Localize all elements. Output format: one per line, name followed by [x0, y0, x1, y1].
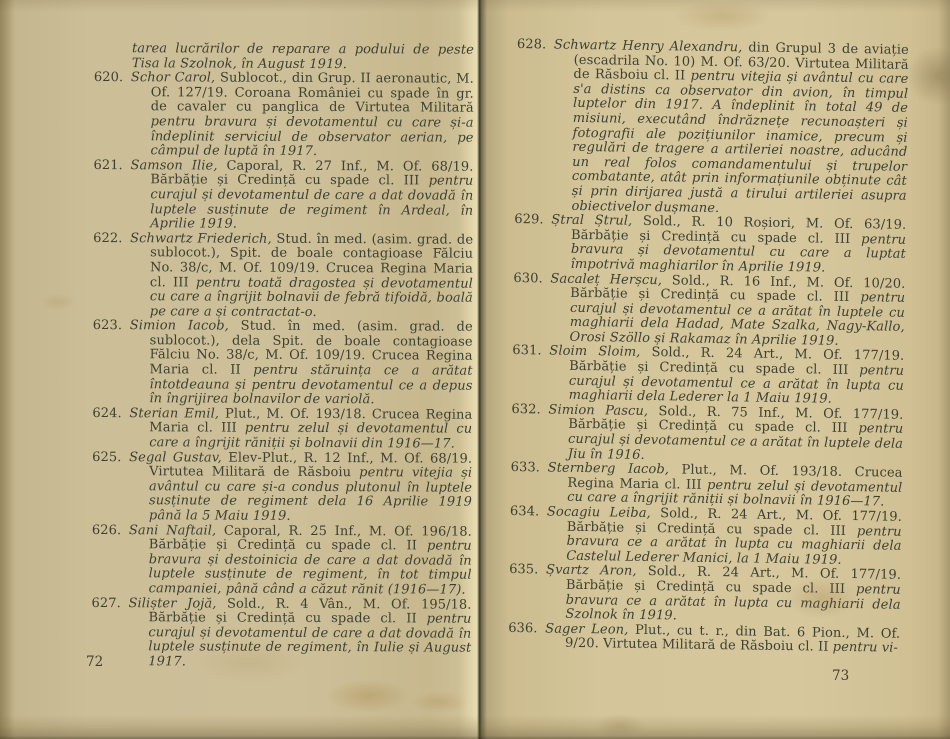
- entry-number: 622.: [93, 232, 130, 247]
- text-segment: Sterian Emil,: [129, 406, 219, 421]
- entry-633: 633.Sternberg Iacob, Plut., M. Of. 193/1…: [510, 461, 903, 511]
- entry-624: 624.Sterian Emil, Plut., M. Of. 193/18. …: [92, 407, 472, 452]
- text-segment: Schwartz Friederich,: [130, 231, 272, 247]
- entry-number: 634.: [510, 505, 547, 520]
- text-segment: pentru vitejia și avântul cu care s'a di…: [571, 69, 908, 216]
- entry-627: 627.Silișter Jojă, Sold., R. 4 Vân., M. …: [91, 597, 471, 672]
- entry-number: 621.: [93, 159, 130, 174]
- text-segment: pentru toată dragostea și devotamentul c…: [150, 275, 473, 320]
- entry-623: 623.Simion Iacob, Stud. în med. (asim. g…: [92, 319, 472, 408]
- text-segment: tarea lucrărilor de reparare a podului d…: [132, 41, 474, 72]
- text-segment: Samson Ilie,: [130, 158, 217, 173]
- text-segment: Simion Iacob,: [130, 318, 229, 333]
- page-edge-left: [0, 0, 14, 739]
- text-segment: Sloim Sloim,: [549, 344, 640, 360]
- entry-620: 620.Schor Carol, Sublocot., din Grup. II…: [93, 71, 473, 160]
- text-segment: Schor Carol,: [131, 70, 216, 85]
- entry-629: 629.Ștral Ștrul, Sold., R. 10 Roșiori, M…: [514, 213, 907, 277]
- entry-635: 635.Șvartz Aron, Sold., R. 24 Art., M. O…: [508, 563, 901, 627]
- entry-number: 625.: [92, 451, 129, 466]
- page-edge-bottom: [0, 715, 950, 739]
- entry-number: 636.: [508, 622, 545, 637]
- page-edge-right: [938, 0, 950, 739]
- entries-right: 628.Schwartz Henry Alexandru, din Grupul…: [508, 38, 909, 657]
- text-segment: Socagiu Leiba,: [547, 504, 651, 521]
- page-number-right: 73: [832, 668, 849, 684]
- entry-number: 627.: [92, 597, 129, 612]
- entry-625: 625.Segal Gustav, Elev-Plut., R. 12 Inf.…: [92, 451, 472, 526]
- entry-632: 632.Simion Pascu, Sold., R. 75 Inf., M. …: [511, 403, 904, 467]
- entries-left: 620.Schor Carol, Sublocot., din Grup. II…: [91, 71, 474, 671]
- entry-number: 633.: [511, 461, 548, 476]
- text-segment: pentru bravura și devotamentul cu care ș…: [150, 114, 473, 159]
- page-edge-top: [0, 0, 950, 12]
- text-segment: pentru vi-: [833, 640, 898, 656]
- text-segment: Ștral Ștrul,: [551, 213, 632, 229]
- text-segment: Segal Gustav,: [129, 450, 222, 465]
- entry-634: 634.Socagiu Leiba, Sold., R. 24 Art., M.…: [509, 505, 902, 569]
- text-segment: Sager Leon,: [545, 621, 628, 637]
- continuation-paragraph: tarea lucrărilor de reparare a podului d…: [94, 42, 474, 73]
- entry-number: 632.: [511, 403, 548, 418]
- entry-number: 631.: [512, 344, 549, 359]
- entry-626: 626.Sani Naftail, Caporal, R. 25 Inf., M…: [92, 524, 472, 599]
- page-right-text: 628.Schwartz Henry Alexandru, din Grupul…: [508, 38, 909, 657]
- text-segment: Sternberg Iacob,: [548, 461, 670, 478]
- entry-number: 628.: [517, 38, 554, 53]
- entry-number: 630.: [513, 271, 550, 286]
- text-segment: Sacaleț Herșcu,: [550, 271, 662, 288]
- entry-630: 630.Sacaleț Herșcu, Sold., R. 16 Inf., M…: [512, 271, 905, 350]
- entry-number: 635.: [509, 563, 546, 578]
- entry-622: 622.Schwartz Friederich, Stud. în med. (…: [93, 232, 473, 321]
- book-gutter: [477, 0, 481, 739]
- entry-number: 620.: [94, 71, 131, 86]
- entry-number: 624.: [92, 407, 129, 422]
- text-segment: Șvartz Aron,: [546, 563, 637, 579]
- entry-628: 628.Schwartz Henry Alexandru, din Grupul…: [514, 38, 909, 219]
- text-segment: Sani Naftail,: [129, 523, 216, 538]
- entry-631: 631.Sloim Sloim, Sold., R. 24 Art., M. O…: [512, 344, 905, 408]
- text-segment: Silișter Jojă,: [129, 596, 217, 611]
- entry-636: 636.Sager Leon, Plut., cu t. r., din Bat…: [508, 622, 900, 657]
- entry-621: 621.Samson Ilie, Caporal, R. 27 Inf., M.…: [93, 159, 473, 234]
- page-left-text: tarea lucrărilor de reparare a podului d…: [91, 42, 474, 671]
- book-spread: tarea lucrărilor de reparare a podului d…: [0, 0, 950, 739]
- page-number-left: 72: [86, 654, 103, 670]
- text-segment: Simion Pascu,: [548, 402, 648, 418]
- entry-number: 629.: [514, 213, 551, 228]
- entry-number: 623.: [93, 319, 130, 334]
- entry-number: 626.: [92, 524, 129, 539]
